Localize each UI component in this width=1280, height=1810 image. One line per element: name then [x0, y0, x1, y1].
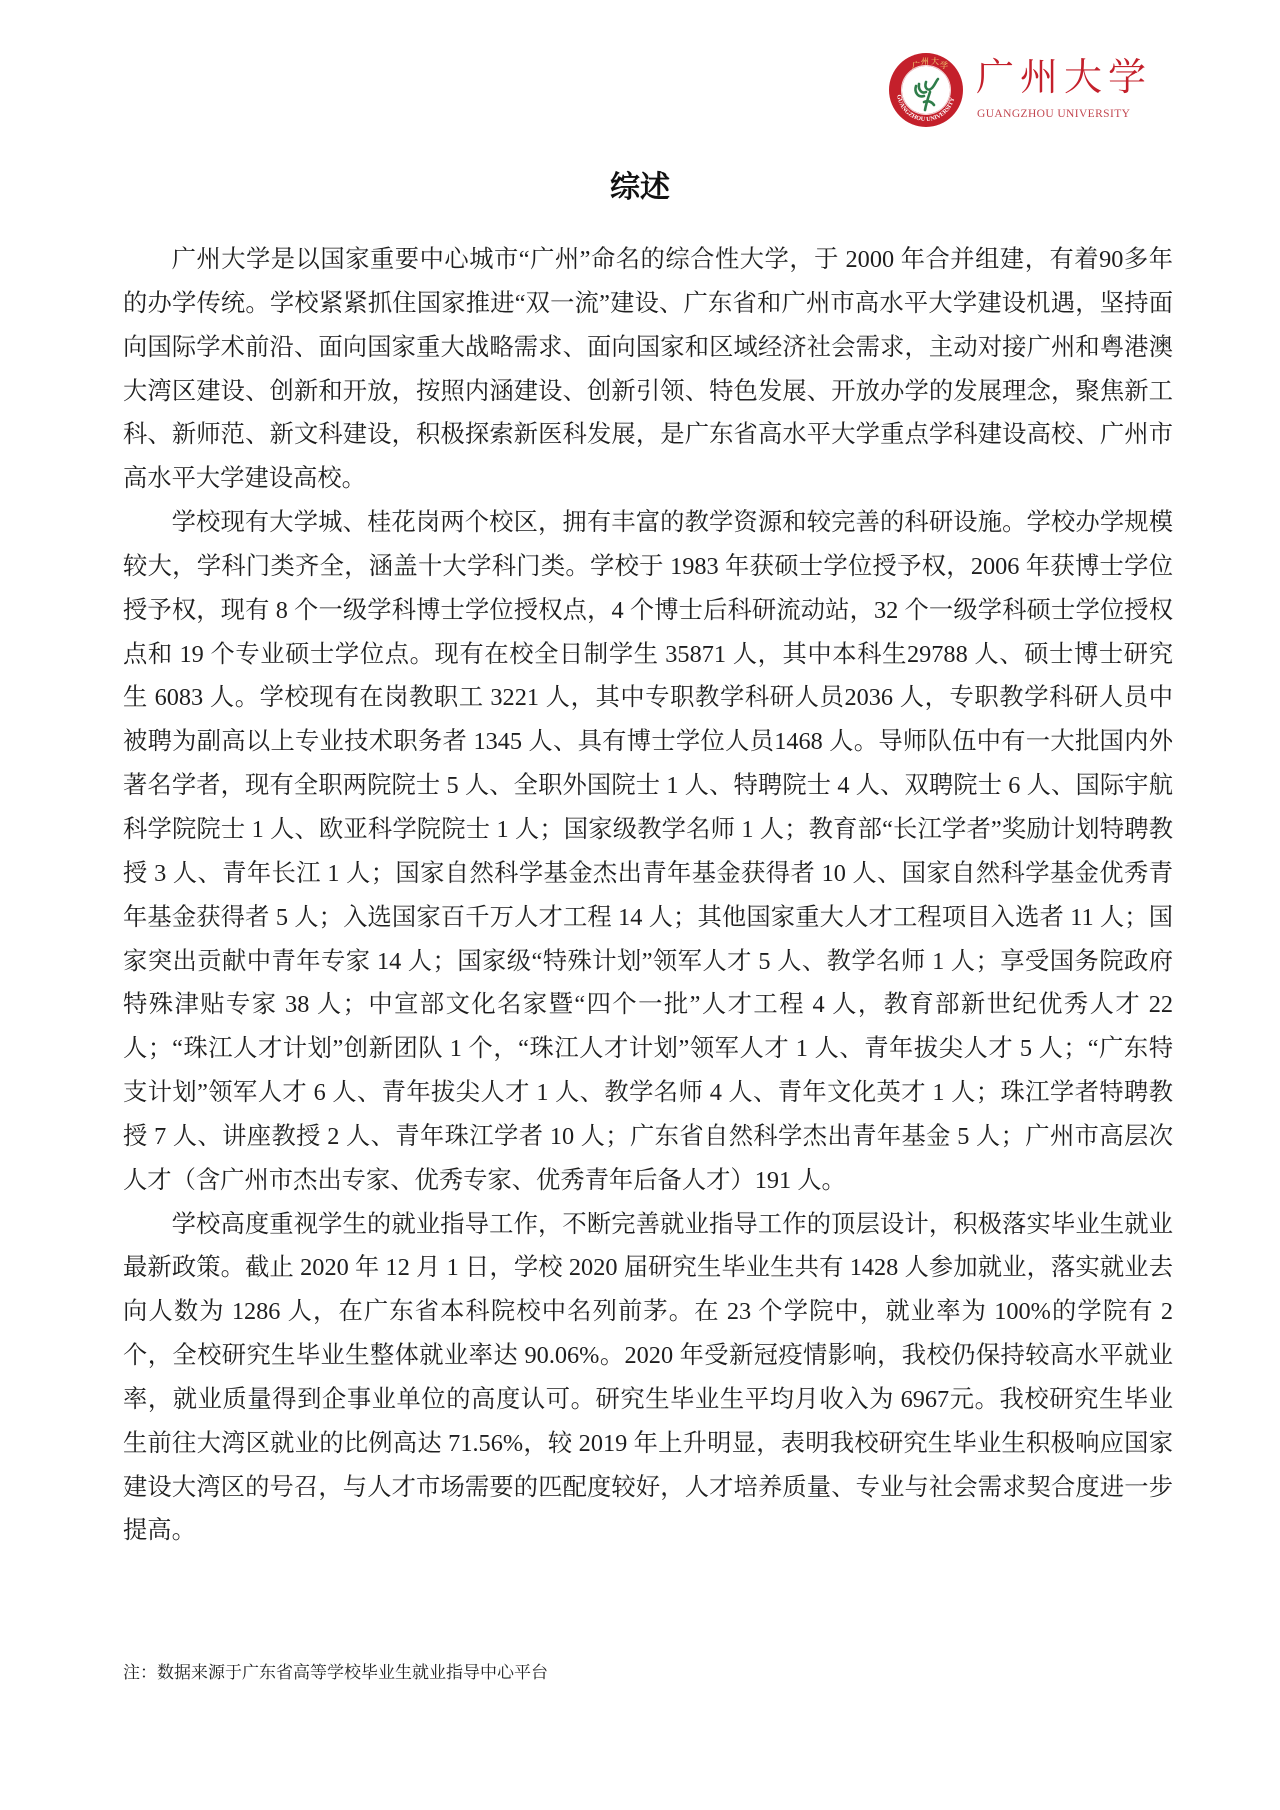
paragraph-campus-and-faculty: 学校现有大学城、桂花岗两个校区，拥有丰富的教学资源和较完善的科研设施。学校办学规… — [123, 501, 1173, 1203]
paragraph-employment: 学校高度重视学生的就业指导工作，不断完善就业指导工作的顶层设计，积极落实毕业生就… — [123, 1203, 1173, 1554]
page-title: 综述 — [0, 168, 1280, 208]
paragraph-overview: 广州大学是以国家重要中心城市“广州”命名的综合性大学，于 2000 年合并组建，… — [123, 238, 1173, 501]
svg-text:州: 州 — [921, 56, 929, 66]
data-source-footnote: 注：数据来源于广东省高等学校毕业生就业指导中心平台 — [123, 1662, 548, 1684]
svg-text:广: 广 — [912, 60, 920, 70]
university-name-cn: 广州大学 — [976, 58, 1152, 98]
svg-text:学: 学 — [940, 60, 948, 70]
document-body: 广州大学是以国家重要中心城市“广州”命名的综合性大学，于 2000 年合并组建，… — [123, 238, 1173, 1553]
university-name-en: GUANGZHOU UNIVERSITY — [977, 108, 1130, 120]
university-logo: 广 州 大 学 GUANGZHOU UNIVERSITY 广州大学 GUANGZ… — [886, 50, 1156, 132]
svg-text:大: 大 — [931, 56, 939, 66]
university-emblem-icon: 广 州 大 学 GUANGZHOU UNIVERSITY — [888, 52, 964, 128]
